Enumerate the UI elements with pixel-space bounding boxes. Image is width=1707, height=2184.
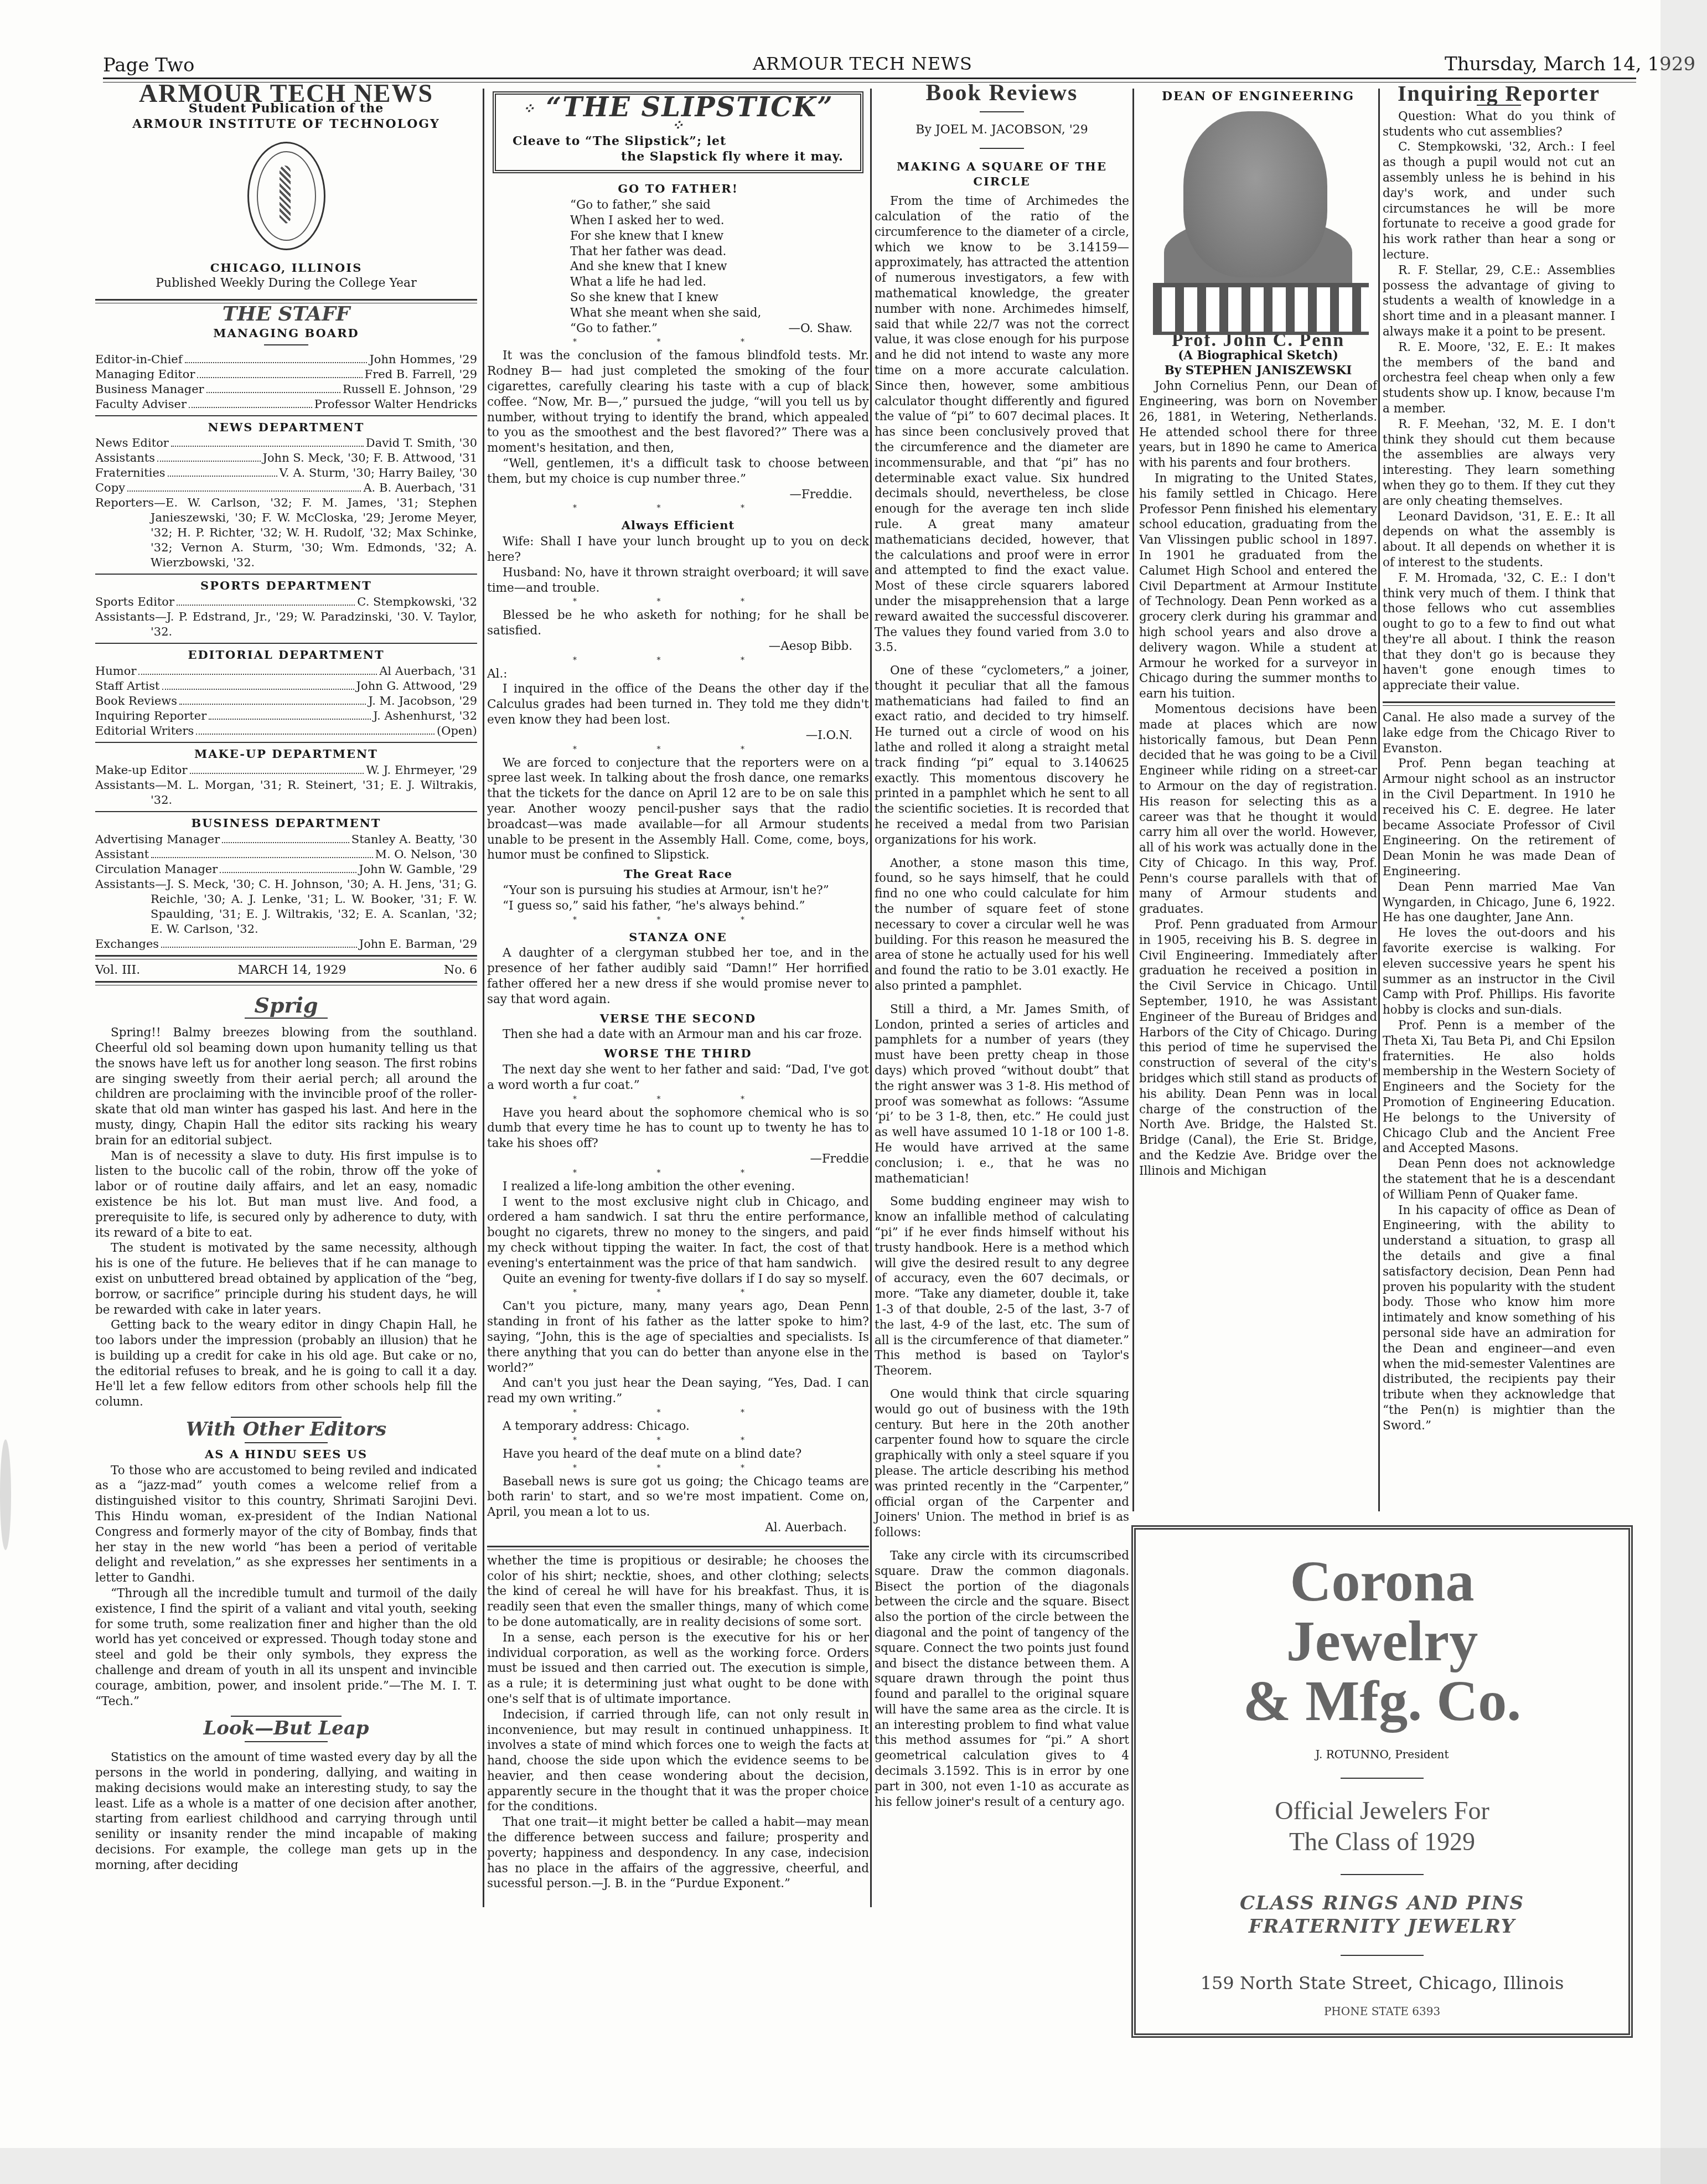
divider bbox=[95, 981, 477, 985]
separator-stars: * * * bbox=[487, 1462, 869, 1474]
paragraph: A daughter of a clergyman stubbed her to… bbox=[487, 946, 869, 1007]
column-divider bbox=[483, 89, 484, 1907]
portrait-bust-icon bbox=[1147, 111, 1369, 327]
staff-row: Managing EditorFred B. Farrell, '29 bbox=[95, 367, 477, 382]
column-dean-profile: DEAN OF ENGINEERING Prof. John C. Penn (… bbox=[1139, 86, 1377, 1179]
paragraph: Getting back to the weary editor in ding… bbox=[95, 1318, 477, 1410]
sprig-title: Sprig bbox=[95, 998, 477, 1013]
paragraph: Blessed be he who asketh for nothing; fo… bbox=[487, 608, 869, 639]
divider bbox=[980, 111, 1024, 112]
divider bbox=[1341, 1874, 1424, 1875]
staff-row: AssistantM. O. Nelson, '30 bbox=[95, 847, 477, 862]
paragraph: Baseball news is sure got us going; the … bbox=[487, 1474, 869, 1520]
divider bbox=[1341, 1778, 1424, 1779]
paragraph: The next day she went to her father and … bbox=[487, 1062, 869, 1093]
ornament-icon: ⁘ bbox=[523, 101, 536, 117]
answer: C. Stempkowski, '32, Arch.: I feel as th… bbox=[1383, 140, 1615, 262]
staff-row: Advertising ManagerStanley A. Beatty, '3… bbox=[95, 832, 477, 847]
paragraph: Man is of necessity a slave to duty. His… bbox=[95, 1149, 477, 1241]
separator-stars: * * * bbox=[487, 1093, 869, 1106]
column-divider bbox=[870, 89, 872, 1907]
paragraph: Another, a stone mason this time, found,… bbox=[875, 856, 1129, 994]
divider bbox=[1341, 1955, 1424, 1956]
column-slipstick: ⁘ “THE SLIPSTICK” ⁘ Cleave to “The Slips… bbox=[487, 86, 869, 1892]
leap-title: Look—But Leap bbox=[95, 1721, 477, 1737]
author: —I.O.N. bbox=[487, 728, 869, 744]
divider bbox=[245, 1741, 328, 1742]
ad-official: Official Jewelers For bbox=[1136, 1795, 1628, 1826]
torch-icon bbox=[280, 166, 291, 224]
paragraph: Momentous decisions have been made at pl… bbox=[1139, 702, 1377, 917]
divider bbox=[245, 1018, 328, 1019]
business-department-title: BUSINESS DEPARTMENT bbox=[95, 815, 477, 831]
nameplate-title: ARMOUR TECH NEWS bbox=[95, 86, 477, 101]
inquiring-reporter-title: Inquiring Reporter bbox=[1383, 86, 1615, 101]
paragraph: Husband: No, have it thrown straight ove… bbox=[487, 565, 869, 596]
paragraph: Dean Penn does not acknowledge the state… bbox=[1383, 1156, 1615, 1202]
author: —Freddie bbox=[487, 1152, 869, 1167]
paragraph: Prof. Penn began teaching at Armour nigh… bbox=[1383, 756, 1615, 879]
staff-row: CopyA. B. Auerbach, '31 bbox=[95, 481, 477, 495]
paragraph: To those who are accustomed to being rev… bbox=[95, 1463, 477, 1586]
paragraph: In migrating to the United States, his f… bbox=[1139, 471, 1377, 702]
ad-official: The Class of 1929 bbox=[1136, 1826, 1628, 1857]
volume: Vol. III. bbox=[95, 963, 140, 978]
question: Question: What do you think of students … bbox=[1383, 109, 1615, 140]
staff-row: AssistantsJohn S. Meck, '30; F. B. Attwo… bbox=[95, 451, 477, 466]
answer: R. E. Moore, '32, E. E.: It makes the me… bbox=[1383, 340, 1615, 417]
paragraph: I realized a life-long ambition the othe… bbox=[487, 1179, 869, 1195]
divider bbox=[980, 148, 1024, 149]
staff-row: HumorAl Auerbach, '31 bbox=[95, 664, 477, 679]
divider bbox=[231, 1716, 342, 1717]
poem-title: GO TO FATHER! bbox=[487, 181, 869, 197]
separator-stars: * * * bbox=[487, 654, 869, 667]
separator-stars: * * * bbox=[487, 1287, 869, 1299]
column-book-reviews: Book Reviews By JOEL M. JACOBSON, '29 MA… bbox=[875, 86, 1129, 1810]
byline: By JOEL M. JACOBSON, '29 bbox=[875, 122, 1129, 138]
scan-artifact bbox=[0, 1439, 11, 1550]
paragraph: Still a third, a Mr. James Smith, of Lon… bbox=[875, 1002, 1129, 1187]
paragraph: “Well, gentlemen, it's a difficult task … bbox=[487, 456, 869, 487]
staff-row: Inquiring ReporterJ. Ashenhurst, '32 bbox=[95, 709, 477, 724]
scan-artifact bbox=[1661, 0, 1707, 2184]
article-headline: MAKING A SQUARE OF THE CIRCLE bbox=[875, 159, 1129, 190]
page-label: Page Two bbox=[103, 54, 194, 76]
paragraph: In a sense, each person is the executive… bbox=[487, 1630, 869, 1707]
paragraph: John Cornelius Penn, our Dean of Enginee… bbox=[1139, 379, 1377, 471]
answer: R. F. Stellar, 29, C.E.: Assemblies poss… bbox=[1383, 263, 1615, 340]
paragraph: “Your son is pursuing his studies at Arm… bbox=[487, 883, 869, 899]
divider bbox=[231, 1417, 342, 1418]
paragraph: Some budding engineer may wish to know a… bbox=[875, 1194, 1129, 1379]
paragraph: Then she had a date with an Armour man a… bbox=[487, 1027, 869, 1042]
ad-products: FRATERNITY JEWELRY bbox=[1136, 1915, 1628, 1938]
staff-row: Book ReviewsJ. M. Jacobson, '29 bbox=[95, 694, 477, 709]
column-divider bbox=[1132, 89, 1134, 1511]
paragraph: Statistics on the amount of time wasted … bbox=[95, 1750, 477, 1873]
volume-line: Vol. III. MARCH 14, 1929 No. 6 bbox=[95, 963, 477, 978]
divider bbox=[1383, 701, 1615, 706]
paragraph: One would think that circle squaring wou… bbox=[875, 1387, 1129, 1541]
author: —Aesop Bibb. bbox=[487, 639, 869, 654]
ornament-icon: ⁘ bbox=[671, 117, 685, 134]
sports-assistants: Assistants—J. P. Edstrand, Jr., '29; W. … bbox=[95, 610, 477, 639]
managing-board-list: Editor-in-ChiefJohn Hommes, '29 Managing… bbox=[95, 352, 477, 412]
newspaper-page: Page Two ARMOUR TECH NEWS Thursday, Marc… bbox=[0, 0, 1707, 2184]
staff-row: Business ManagerRussell E. Johnson, '29 bbox=[95, 382, 477, 397]
issue-date: MARCH 14, 1929 bbox=[238, 963, 346, 978]
running-head: ARMOUR TECH NEWS bbox=[753, 53, 973, 74]
answer: R. F. Meehan, '32, M. E. I don't think t… bbox=[1383, 417, 1615, 509]
staff-row: Make-up EditorW. J. Ehrmeyer, '29 bbox=[95, 763, 477, 778]
author: —Freddie. bbox=[487, 487, 869, 503]
jewelry-advertisement: Corona Jewelry & Mfg. Co. J. ROTUNNO, Pr… bbox=[1131, 1525, 1633, 2038]
staff-row: ExchangesJohn E. Barman, '29 bbox=[95, 937, 477, 952]
paragraph: “I guess so,” said his father, “he's alw… bbox=[487, 899, 869, 914]
paragraph: Can't you picture, many, many years ago,… bbox=[487, 1299, 869, 1376]
paragraph: Dean Penn married Mae Van Wyngarden, in … bbox=[1383, 880, 1615, 926]
separator-stars: * * * bbox=[487, 1407, 869, 1419]
institute-seal-icon bbox=[247, 142, 325, 250]
paragraph: whether the time is propitious or desira… bbox=[487, 1553, 869, 1630]
paragraph: Indecision, if carried through life, can… bbox=[487, 1707, 869, 1815]
separator-stars: * * * bbox=[487, 596, 869, 608]
paragraph: One of these “cyclometers,” a joiner, th… bbox=[875, 663, 1129, 848]
staff-row: News EditorDavid T. Smith, '30 bbox=[95, 436, 477, 451]
paragraph: Prof. Penn graduated from Armour in 1905… bbox=[1139, 917, 1377, 1179]
institute-name: ARMOUR INSTITUTE OF TECHNOLOGY bbox=[95, 117, 477, 132]
ad-products: CLASS RINGS AND PINS bbox=[1136, 1892, 1628, 1915]
paragraph: Prof. Penn is a member of the Theta Xi, … bbox=[1383, 1018, 1615, 1156]
stanza-title: WORSE THE THIRD bbox=[487, 1046, 869, 1061]
byline: By STEPHEN JANISZEWSKI bbox=[1139, 363, 1377, 379]
separator-stars: * * * bbox=[487, 914, 869, 926]
makeup-assistants: Assistants—M. L. Morgan, '31; R. Steiner… bbox=[95, 778, 477, 808]
paragraph: In his capacity of office as Dean of Eng… bbox=[1383, 1203, 1615, 1434]
divider bbox=[95, 574, 477, 575]
paragraph: Have you heard about the sophomore chemi… bbox=[487, 1106, 869, 1152]
staff-row: Faculty AdviserProfessor Walter Hendrick… bbox=[95, 397, 477, 412]
city-line: CHICAGO, ILLINOIS bbox=[95, 260, 477, 276]
staff-row: Staff ArtistJohn G. Attwood, '29 bbox=[95, 679, 477, 694]
paragraph: We are forced to conjecture that the rep… bbox=[487, 756, 869, 864]
makeup-department-title: MAKE-UP DEPARTMENT bbox=[95, 746, 477, 762]
stanza-title: VERSE THE SECOND bbox=[487, 1011, 869, 1026]
ad-company-line: Jewelry bbox=[1136, 1612, 1628, 1671]
paragraph: Wife: Shall I have your lunch brought up… bbox=[487, 534, 869, 565]
ad-company-line: & Mfg. Co. bbox=[1136, 1671, 1628, 1731]
staff-row: Editorial Writers(Open) bbox=[95, 724, 477, 739]
signature: Al. Auerbach. bbox=[487, 1520, 869, 1536]
reporters-list: Reporters—E. W. Carlson, '32; F. M. Jame… bbox=[95, 495, 477, 570]
issue-number: No. 6 bbox=[444, 963, 477, 978]
paragraph: The student is motivated by the same nec… bbox=[95, 1241, 477, 1318]
poem: “Go to father,” she said When I asked he… bbox=[570, 198, 869, 336]
paragraph: And can't you just hear the Dean saying,… bbox=[487, 1376, 869, 1407]
divider bbox=[487, 1546, 869, 1550]
slipstick-motto: Cleave to “The Slipstick”; let bbox=[513, 134, 844, 149]
divider bbox=[245, 1442, 328, 1443]
dean-section-title: DEAN OF ENGINEERING bbox=[1139, 89, 1377, 105]
paragraph: I went to the most exclusive night club … bbox=[487, 1195, 869, 1272]
column-staff-editorials: ARMOUR TECH NEWS Student Publication of … bbox=[95, 86, 477, 1873]
sprig-editorial: Spring!! Balmy breezes blowing from the … bbox=[95, 1025, 477, 1410]
other-editors-title: With Other Editors bbox=[95, 1422, 477, 1438]
staff-row: FraternitiesV. A. Sturm, '30; Harry Bail… bbox=[95, 466, 477, 481]
profile-name: Prof. John C. Penn bbox=[1139, 333, 1377, 348]
paragraph: I inquired in the office of the Deans th… bbox=[487, 681, 869, 727]
editorial-department-title: EDITORIAL DEPARTMENT bbox=[95, 647, 477, 663]
ad-company-line: Corona bbox=[1136, 1552, 1628, 1612]
news-department-title: NEWS DEPARTMENT bbox=[95, 420, 477, 435]
ad-address: 159 North State Street, Chicago, Illinoi… bbox=[1136, 1973, 1628, 1994]
separator-stars: * * * bbox=[487, 1167, 869, 1179]
separator-stars: * * * bbox=[487, 336, 869, 348]
slipstick-motto: the Slapstick fly where it may. bbox=[513, 149, 844, 165]
paragraph: That one trait—it might better be called… bbox=[487, 1815, 869, 1892]
paragraph: He loves the out-doors and his favorite … bbox=[1383, 926, 1615, 1018]
salutation: Al.: bbox=[487, 667, 869, 682]
paragraph: Have you heard of the deaf mute on a bli… bbox=[487, 1447, 869, 1462]
staff-row: Circulation ManagerJohn W. Gamble, '29 bbox=[95, 862, 477, 877]
issue-date-header: Thursday, March 14, 1929 bbox=[1445, 53, 1695, 75]
paragraph: “Through all the incredible tumult and t… bbox=[95, 1586, 477, 1709]
stanza-title: STANZA ONE bbox=[487, 930, 869, 945]
publication-frequency: Published Weekly During the College Year bbox=[95, 276, 477, 291]
answer: F. M. Hromada, '32, C. E.: I don't think… bbox=[1383, 571, 1615, 694]
separator-stars: * * * bbox=[487, 502, 869, 514]
paragraph: Canal. He also made a survey of the lake… bbox=[1383, 710, 1615, 756]
sports-department-title: SPORTS DEPARTMENT bbox=[95, 578, 477, 593]
answer: Leonard Davidson, '31, E. E.: It all dep… bbox=[1383, 509, 1615, 571]
paragraph: A temporary address: Chicago. bbox=[487, 1419, 869, 1434]
paragraph: Spring!! Balmy breezes blowing from the … bbox=[95, 1025, 477, 1148]
book-reviews-title: Book Reviews bbox=[875, 86, 1129, 101]
joke-title: The Great Race bbox=[487, 866, 869, 882]
divider bbox=[95, 415, 477, 416]
divider bbox=[95, 811, 477, 812]
staff-row: Sports EditorC. Stempkowski, '32 bbox=[95, 595, 477, 610]
joke-title: Always Efficient bbox=[487, 518, 869, 533]
divider bbox=[264, 344, 308, 345]
ad-phone: PHONE STATE 6393 bbox=[1136, 2005, 1628, 2018]
hindu-headline: AS A HINDU SEES US bbox=[95, 1447, 477, 1462]
author: —O. Shaw. bbox=[788, 321, 852, 337]
managing-board-title: MANAGING BOARD bbox=[95, 326, 477, 341]
ad-president: J. ROTUNNO, President bbox=[1136, 1748, 1628, 1761]
staff-title: THE STAFF bbox=[95, 307, 477, 322]
separator-stars: * * * bbox=[487, 744, 869, 756]
divider bbox=[95, 742, 477, 743]
paragraph: Take any circle with its circumscribed s… bbox=[875, 1548, 1129, 1810]
paragraph: Quite an evening for twenty-five dollars… bbox=[487, 1272, 869, 1287]
separator-stars: * * * bbox=[487, 1434, 869, 1447]
column-divider bbox=[1378, 89, 1380, 1511]
staff-row: Editor-in-ChiefJohn Hommes, '29 bbox=[95, 352, 477, 367]
slipstick-header-box: ⁘ “THE SLIPSTICK” ⁘ Cleave to “The Slips… bbox=[493, 91, 863, 173]
divider bbox=[95, 955, 477, 959]
paragraph: From the time of Archimedes the calculat… bbox=[875, 194, 1129, 655]
paragraph: It was the conclusion of the famous blin… bbox=[487, 348, 869, 456]
column-inquiring-reporter: Inquiring Reporter Question: What do you… bbox=[1383, 86, 1615, 1434]
slipstick-title: ⁘ “THE SLIPSTICK” ⁘ bbox=[513, 100, 844, 134]
scan-artifact bbox=[0, 2148, 1707, 2184]
divider bbox=[95, 643, 477, 644]
business-assistants: Assistants—J. S. Meck, '30; C. H. Johnso… bbox=[95, 877, 477, 937]
